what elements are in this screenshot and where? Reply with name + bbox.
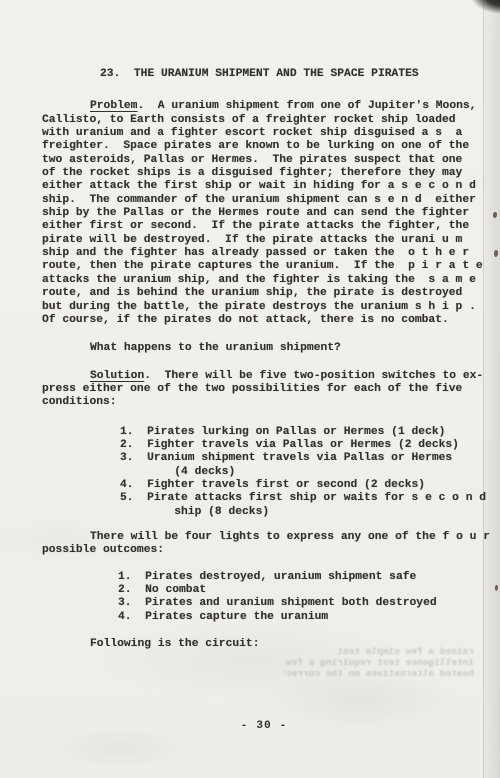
conditions-list: 1. Pirates lurking on Pallas or Hermes (… [120, 426, 482, 519]
ink-bleedthrough-text: raised a few simple testintelligence tes… [284, 646, 474, 679]
bleedthrough-line: raised a few simple test [284, 646, 474, 657]
text-line: attacks the uranium ship, and the fighte… [42, 274, 482, 287]
page-number: - 30 - [0, 720, 500, 733]
text-line: freighter. Space pirates are known to be… [42, 140, 482, 153]
text-line: route, then the pirate captures the uran… [42, 260, 482, 273]
question-line: What happens to the uranium shipment? [42, 342, 482, 355]
paragraph-indent [42, 370, 90, 382]
right-edge-shadow [483, 0, 500, 778]
corner-smudge-top-right [471, 0, 500, 14]
problem-paragraph: Callisto, to Earth consists of a freight… [42, 114, 482, 328]
condition-line: (4 decks) [120, 466, 482, 479]
paragraph-indent [42, 100, 90, 112]
page-title: 23. THE URANIUM SHIPMENT AND THE SPACE P… [100, 68, 482, 81]
solution-label: Solution [90, 370, 144, 382]
text-line: Callisto, to Earth consists of a freight… [42, 114, 482, 127]
outcomes-list: 1. Pirates destroyed, uranium shipment s… [118, 571, 482, 624]
text-line: but during the battle, the pirate destro… [42, 301, 482, 314]
text-line: with uranium and a fighter escort rocket… [42, 127, 482, 140]
text-line: press either one of the two possibilitie… [42, 383, 482, 396]
text-line: two asteroids, Pallas or Hermes. The pir… [42, 154, 482, 167]
outcome-line: 2. No combat [118, 584, 482, 597]
condition-line: ship (8 decks) [120, 506, 482, 519]
text-line: conditions: [42, 396, 482, 409]
solution-paragraph: press either one of the two possibilitie… [42, 383, 482, 410]
condition-line: 4. Fighter travels first or second (2 de… [120, 479, 482, 492]
text-line: either first or second. If the pirate at… [42, 220, 482, 233]
text-line: of the rocket ships is a disguised fight… [42, 167, 482, 180]
problem-label: Problem [90, 100, 137, 112]
solution-first-line: Solution. There will be five two-positio… [42, 370, 482, 383]
text-line: pirate will be destroyed. If the pirate … [42, 234, 482, 247]
bleedthrough-line: intelligence test requiring a few simple [284, 657, 474, 668]
text-line: Of course, if the pirates do not attack,… [42, 314, 482, 327]
bleedthrough-line: heated alternatives on the correct answe… [284, 668, 474, 679]
condition-line: 5. Pirate attacks first ship or waits fo… [120, 492, 482, 505]
solution-first-line-rest: . There will be five two-position switch… [144, 370, 483, 382]
condition-line: 1. Pirates lurking on Pallas or Hermes (… [120, 426, 482, 439]
problem-first-line-rest: . A uranium shipment from one of Jupiter… [137, 100, 476, 112]
condition-line: 2. Fighter travels via Pallas or Hermes … [120, 439, 482, 452]
outcomes-intro-line-2: possible outcomes: [42, 544, 482, 557]
text-line: route, and is behind the uranium ship, t… [42, 287, 482, 300]
text-line: either attack the first ship or wait in … [42, 180, 482, 193]
outcome-line: 4. Pirates capture the uranium [118, 611, 482, 624]
problem-first-line: Problem. A uranium shipment from one of … [42, 100, 482, 113]
text-line: ship by the Pallas or the Hermes route a… [42, 207, 482, 220]
text-line: ship. The commander of the uranium shipm… [42, 194, 482, 207]
text-column: 23. THE URANIUM SHIPMENT AND THE SPACE P… [42, 0, 482, 651]
scanned-document-page: 23. THE URANIUM SHIPMENT AND THE SPACE P… [0, 0, 500, 778]
outcome-line: 3. Pirates and uranium shipment both des… [118, 597, 482, 610]
outcomes-intro-line-1: There will be four lights to express any… [42, 531, 482, 544]
condition-line: 3. Uranium shipment travels via Pallas o… [120, 452, 482, 465]
outcome-line: 1. Pirates destroyed, uranium shipment s… [118, 571, 482, 584]
text-line: ship and the fighter has already passed … [42, 247, 482, 260]
